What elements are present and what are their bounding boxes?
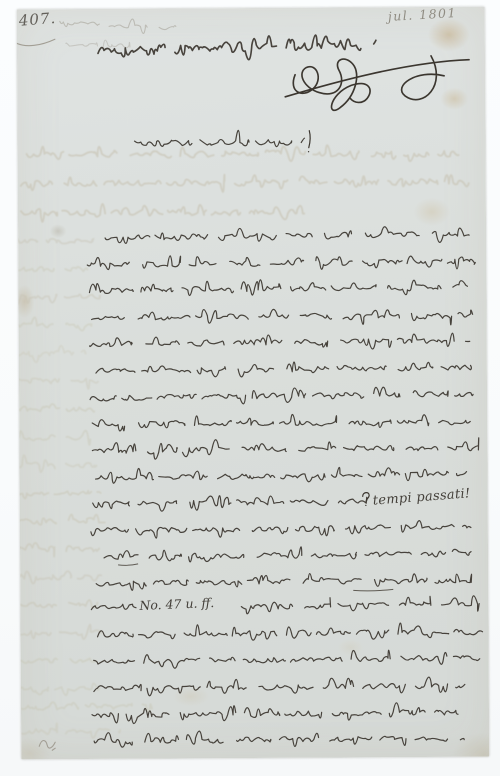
handwriting-stroke: [22, 702, 152, 713]
header-an-doctor-manso-stroke: [98, 35, 376, 61]
gepruft-flourish-loops: [293, 59, 370, 111]
handwriting-stroke: [94, 650, 480, 669]
handwriting-stroke: [96, 466, 467, 483]
handwriting-stroke: [17, 571, 101, 584]
handwriting-stroke: [90, 333, 470, 351]
handwriting-stroke: [17, 378, 98, 389]
handwriting-stroke: [92, 308, 473, 327]
bottom-left-pencil-mark: [39, 740, 55, 750]
handwriting-stroke: [27, 144, 459, 163]
catalog-number-underline-swash: [17, 39, 55, 46]
handwriting-stroke: [17, 236, 94, 244]
letter-page: 407. jul. 1801 tempi passati! No. 47 u. …: [17, 7, 490, 760]
handwriting-stroke: [17, 317, 92, 331]
handwriting-stroke: [17, 294, 100, 305]
gepruft-flourish-sweep: [285, 60, 469, 97]
handwriting-stroke: [92, 438, 479, 460]
handwriting-stroke: [17, 455, 97, 473]
ink-body-text-group: [86, 34, 483, 748]
scan-background: 407. jul. 1801 tempi passati! No. 47 u. …: [0, 0, 500, 776]
handwriting-stroke: [90, 387, 473, 405]
handwriting-stroke: [21, 173, 469, 193]
flourish-and-marks-group: [17, 37, 474, 751]
handwriting-stroke: [96, 573, 471, 591]
handwriting-stroke: [21, 203, 304, 222]
salutation-stroke: [134, 130, 304, 147]
handwriting-stroke: [94, 729, 464, 747]
handwriting-stroke: [17, 404, 94, 413]
handwriting-stroke: [17, 658, 96, 663]
faint-pencil-note-stroke: [66, 40, 130, 48]
pencil-annotation-group: [60, 19, 176, 48]
handwriting-stroke: [17, 600, 98, 608]
page-content-layer: 407. jul. 1801 tempi passati! No. 47 u. …: [17, 7, 490, 760]
phrase-no-47-u-ff: No. 47 u. ff.: [139, 595, 214, 613]
handwriting-stroke: [104, 546, 471, 563]
handwriting-stroke: [105, 226, 469, 244]
emphasis-underline-mark: [353, 589, 393, 591]
handwriting-layer: [17, 7, 490, 760]
catalog-number-annotation: 407.: [18, 9, 57, 30]
handwriting-stroke: [92, 413, 470, 431]
bleedthrough-ghost-text-group: [17, 144, 472, 738]
salutation-exclamation-mark: [308, 131, 310, 152]
handwriting-stroke: [17, 267, 88, 272]
handwriting-stroke: [94, 677, 465, 696]
handwriting-stroke: [17, 491, 101, 499]
handwriting-stroke: [18, 684, 100, 696]
handwriting-stroke: [87, 254, 475, 271]
handwriting-stroke: [93, 495, 367, 512]
faint-pencil-note-stroke: [60, 19, 176, 34]
emphasis-underline-mark: [118, 564, 138, 565]
handwriting-stroke: [91, 520, 471, 538]
handwriting-stroke: [17, 431, 91, 446]
handwriting-stroke: [17, 543, 99, 557]
handwriting-stroke: [96, 361, 472, 378]
handwriting-stroke: [17, 514, 105, 525]
handwriting-stroke: [17, 625, 101, 640]
handwriting-stroke: [17, 346, 86, 363]
handwriting-stroke: [89, 279, 467, 297]
handwriting-stroke: [97, 623, 482, 642]
